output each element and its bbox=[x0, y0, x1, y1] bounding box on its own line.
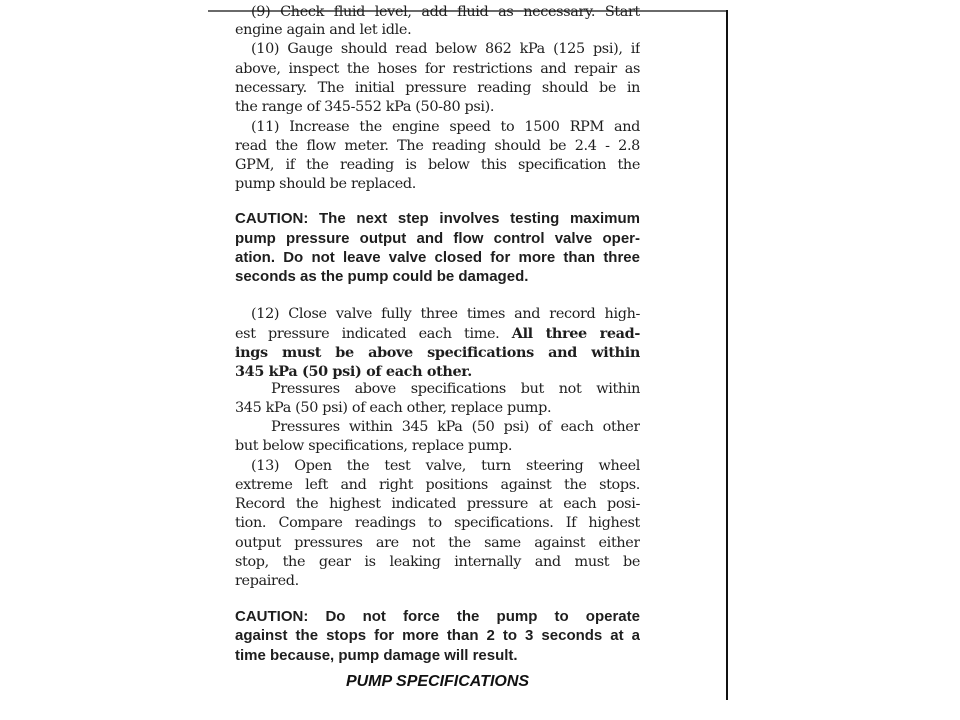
step-13-line-1: (13) Open the test valve, turn steering … bbox=[235, 457, 640, 476]
step-13-line-2: extreme left and right positions against… bbox=[235, 476, 640, 495]
step-11-line-3: GPM, if the reading is below this specif… bbox=[235, 156, 640, 175]
step-12-sub2-line-2: but below specifications, replace pump. bbox=[235, 437, 640, 456]
step-12-line-2: est pressure indicated each time. All th… bbox=[235, 324, 640, 343]
step-13-line-3: Record the highest indicated pressure at… bbox=[235, 495, 640, 514]
step-12-line-1: (12) Close valve fully three times and r… bbox=[235, 305, 640, 324]
caution-2-line-1: CAUTION: Do not force the pump to operat… bbox=[235, 607, 640, 626]
step-12-sub1-line-1: Pressures above specifications but not w… bbox=[235, 380, 640, 399]
step-13-line-7: repaired. bbox=[235, 572, 640, 591]
caution-1-line-3: ation. Do not leave valve closed for mor… bbox=[235, 248, 640, 267]
caution-2-line-2: against the stops for more than 2 to 3 s… bbox=[235, 626, 640, 645]
step-10-line-3: necessary. The initial pressure reading … bbox=[235, 79, 640, 98]
step-11-line-1: (11) Increase the engine speed to 1500 R… bbox=[235, 118, 640, 137]
caution-1-line-2: pump pressure output and flow control va… bbox=[235, 229, 640, 248]
step-12-line-3: ings must be above specifications and wi… bbox=[235, 343, 640, 362]
step-13-line-4: tion. Compare readings to specifications… bbox=[235, 514, 640, 533]
section-heading-pump-specifications: PUMP SPECIFICATIONS bbox=[235, 672, 640, 691]
step-10-line-1: (10) Gauge should read below 862 kPa (12… bbox=[235, 40, 640, 59]
step-13-line-5: output pressures are not the same agains… bbox=[235, 534, 640, 553]
step-12-sub2-line-1: Pressures within 345 kPa (50 psi) of eac… bbox=[235, 418, 640, 437]
step-12-sub1-line-2: 345 kPa (50 psi) of each other, replace … bbox=[235, 399, 640, 418]
page-right-border bbox=[726, 10, 728, 700]
step-9-line-2: engine again and let idle. bbox=[235, 21, 640, 40]
caution-2-line-3: time because, pump damage will result. bbox=[235, 646, 640, 665]
caution-1-line-1: CAUTION: The next step involves testing … bbox=[235, 209, 640, 228]
step-12-line-2-normal: est pressure indicated each time. bbox=[235, 326, 512, 342]
step-9-line-1: (9) Check fluid level, add fluid as nece… bbox=[235, 3, 640, 22]
step-11-line-4: pump should be replaced. bbox=[235, 175, 640, 194]
step-12-line-2-bold: All three read- bbox=[512, 325, 640, 342]
step-11-line-2: read the flow meter. The reading should … bbox=[235, 137, 640, 156]
caution-1-line-4: seconds as the pump could be damaged. bbox=[235, 267, 640, 286]
step-10-line-4: the range of 345-552 kPa (50-80 psi). bbox=[235, 98, 640, 117]
step-13-line-6: stop, the gear is leaking internally and… bbox=[235, 553, 640, 572]
step-10-line-2: above, inspect the hoses for restriction… bbox=[235, 60, 640, 79]
step-12-line-4: 345 kPa (50 psi) of each other. bbox=[235, 362, 640, 381]
document-page: (9) Check fluid level, add fluid as nece… bbox=[235, 0, 640, 720]
